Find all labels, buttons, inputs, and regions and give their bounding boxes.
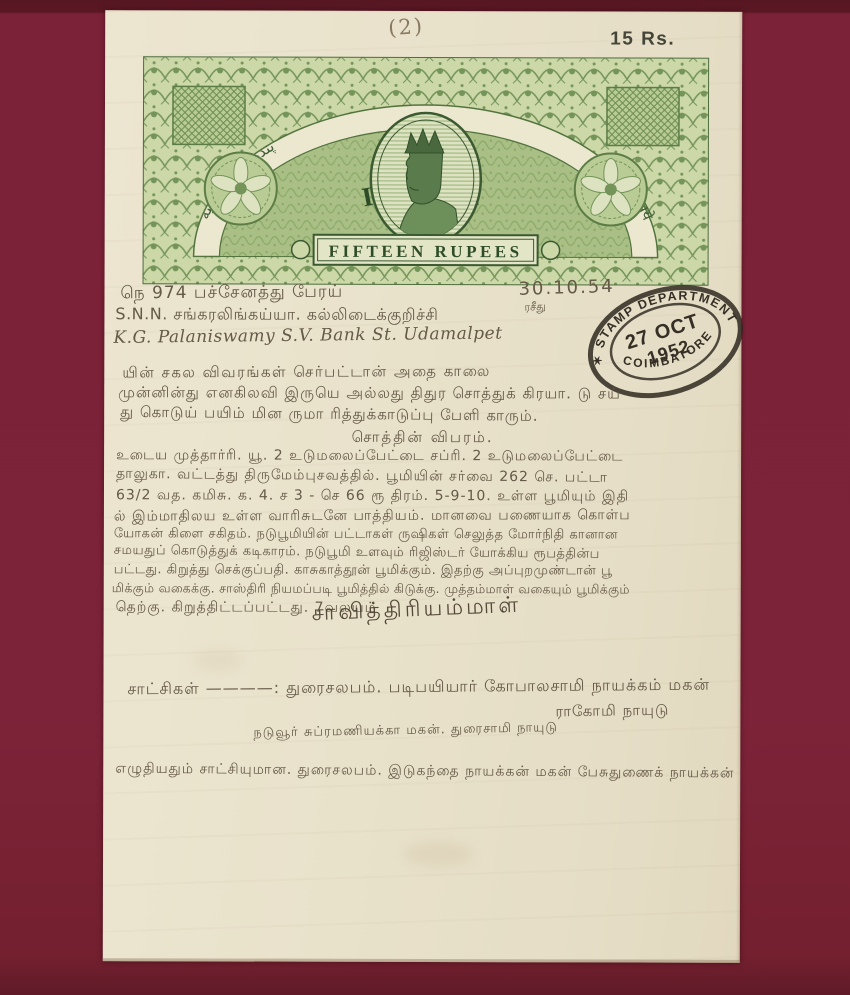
- handwritten-header-line3-english: K.G. Palaniswamy S.V. Bank St. Udamalpet: [113, 323, 502, 347]
- body-paragraph2-line: உடைய முத்தார்ரி. யூ. 2 உடுமலைப்பேட்டை சப…: [116, 447, 623, 466]
- paper-stain: [403, 841, 473, 867]
- handwritten-header-line1: நெ 974 பச்சேனத்து பேரய்: [120, 282, 343, 306]
- revenue-stamp-engraving: پندره (۱۵) روپیه पंद्रह रुपये INDIA: [143, 56, 710, 285]
- property-details-heading: சொத்தின் விபரம்.: [104, 427, 741, 449]
- coimbatore-postmark: ✶ STAMP DEPARTMENT COIMBATORE 27 OCT 195…: [582, 284, 748, 398]
- witnesses-label-line: சாட்சிகள் ————: துரைசலபம். படிபயியார் கோ…: [127, 675, 710, 701]
- witness-name-right: ராகோமி நாயுடு: [555, 701, 669, 723]
- page-number-handwritten: (2): [387, 14, 424, 40]
- banner-ornament-right: [542, 241, 560, 259]
- handwritten-date-note: ரசீது: [524, 300, 546, 316]
- body-paragraph2-line: தாலுகா. வட்டத்து திருமேம்புசவத்தில். பூம…: [116, 466, 608, 488]
- witness-line2: நடுவூர் சுப்ரமணியக்கா மகன். துரைசாமி நாய…: [253, 720, 558, 742]
- stamp-corner-panel-right: [607, 87, 679, 145]
- body-paragraph2-line: சமயதுப் கொடுத்துக் கடிகாரம். நடுபூமி உளவ…: [114, 543, 600, 563]
- body-paragraph2-line: பட்டது. கிறுத்து செக்குப்பதி. காசுகாத்தூ…: [114, 562, 613, 579]
- executant-signature: சாவித்திரியம்மாள்: [311, 593, 521, 630]
- stamp-corner-panel-left: [173, 86, 245, 144]
- body-paragraph1-line: யின் சகல விவரங்கள் செர்பட்டான் அதை காலை: [122, 362, 491, 384]
- body-paragraph2-line: யோகன் கிளை சகிதம். நடுபூமியின் பட்டாகள் …: [114, 526, 618, 543]
- scribe-closing-line: எழுதியதும் சாட்சியுமான. துரைசலபம். இடுகந…: [115, 761, 734, 784]
- denomination-words: FIFTEEN RUPEES: [329, 242, 523, 262]
- floral-medallion-left: [205, 152, 277, 224]
- floral-medallion-right: [575, 153, 647, 225]
- body-paragraph2-line: 63/2 வத. கமிசு. க. 4. ச 3 - செ 66 ரூ திர…: [116, 487, 629, 506]
- banner-ornament-left: [292, 241, 310, 259]
- body-paragraph2-line: ல் இம்மாதிலய உள்ள வாரிசுடனே பாத்தியம். ம…: [114, 507, 631, 526]
- paper-stain: [194, 650, 244, 670]
- body-paragraph1-line: முன்னின்து எனகிலவி இருயெ அல்லது திதுர சொ…: [118, 383, 621, 404]
- handwritten-header-line2: S.N.N. சங்கரலிங்கய்யா. கல்லிடைக்குறிச்சி: [115, 304, 438, 326]
- body-paragraph2-line: மிக்கும் வகைக்கு. சாஸ்திரி நியமப்படி பூம…: [112, 580, 630, 598]
- stamp-paper-sheet: (2) 15 Rs.: [103, 10, 742, 963]
- body-paragraph1-line: து கொடுய் பயிம் மின ருமா ரித்துக்காடுப்ப…: [120, 403, 539, 427]
- king-portrait-oval: [371, 113, 481, 245]
- denomination-corner-label: 15 Rs.: [610, 28, 675, 50]
